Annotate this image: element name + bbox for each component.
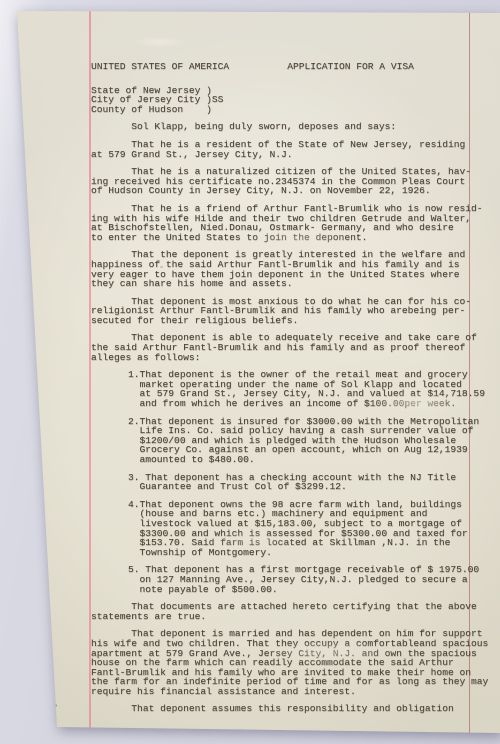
title-application-visa: APPLICATION FOR A VISA (287, 61, 414, 72)
paragraph-coreligionist: That deponent is most anxious to do what… (91, 297, 500, 326)
item-4-farm: 4.That deponent owns the 98 acre farm wi… (128, 500, 500, 558)
affidavit-items: 1.That deponent is the owner of the reta… (91, 370, 500, 594)
item-2-insurance: 2.That deponent is insured for $3000.00 … (128, 417, 500, 465)
paragraph-sworn: Sol Klapp, being duly sworn, deposes and… (91, 122, 500, 132)
paragraph-alleges: That deponent is able to adequately rece… (91, 333, 500, 362)
paragraph-documents: That documents are attached hereto certi… (91, 602, 500, 621)
item-1-market: 1.That deponent is the owner of the reta… (128, 370, 500, 408)
paragraph-friend: That he is a friend of Arthur Fantl-Brum… (91, 204, 500, 242)
paragraph-married: That deponent is married and has depende… (91, 629, 500, 696)
paragraph-resident: That he is a resident of the State of Ne… (91, 140, 500, 159)
item-3-checking-account: 3. That deponent has a checking account … (128, 473, 500, 492)
scanned-document-photo: UNITED STATES OF AMERICAAPPLICATION FOR … (0, 0, 500, 744)
document-header: UNITED STATES OF AMERICAAPPLICATION FOR … (91, 62, 500, 72)
page-shadow-wrapper: UNITED STATES OF AMERICAAPPLICATION FOR … (0, 0, 500, 744)
affidavit-text: UNITED STATES OF AMERICAAPPLICATION FOR … (91, 62, 500, 722)
paragraph-welfare: That the deponent is greatly interested … (91, 250, 500, 288)
paragraph-citizen: That he is a naturalized citizen of the … (91, 167, 500, 196)
title-united-states: UNITED STATES OF AMERICA (91, 61, 229, 72)
paragraph-assumes: That deponent assumes this responsibilit… (91, 704, 500, 714)
item-5-mortgage: 5. That deponent has a first mortgage re… (128, 565, 500, 594)
document-page: UNITED STATES OF AMERICAAPPLICATION FOR … (0, 0, 500, 744)
paper-speck (53, 704, 57, 707)
venue-block: State of New Jersey ) City of Jersey Cit… (91, 86, 500, 115)
